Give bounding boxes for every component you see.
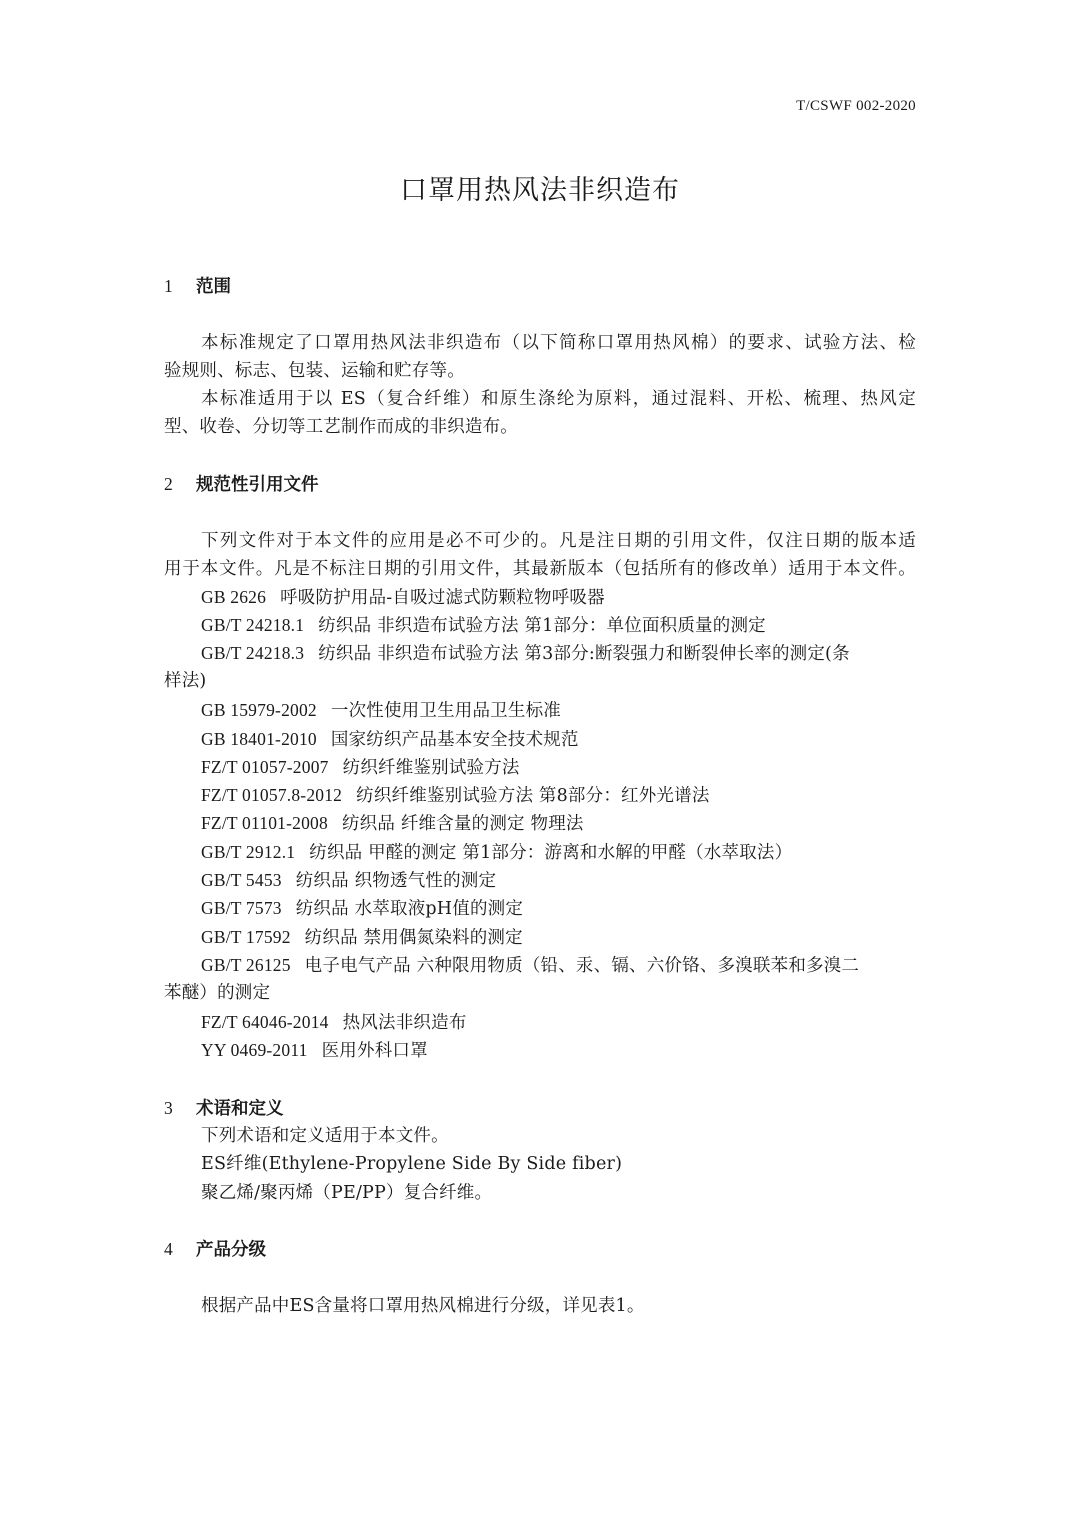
reference-title: 国家纺织产品基本安全技术规范 bbox=[331, 730, 579, 750]
section-title: 规范性引用文件 bbox=[196, 475, 319, 495]
paragraph-line: 下列术语和定义适用于本文件。 bbox=[201, 1122, 916, 1150]
reference-title: 医用外科口罩 bbox=[322, 1041, 428, 1061]
reference-title: 一次性使用卫生用品卫生标准 bbox=[331, 701, 561, 721]
paragraph-line: 本标准适用于以 ES（复合纤维）和原生涤纶为原料，通过混料、开松、梳理、热风定 bbox=[201, 385, 916, 413]
section-title: 术语和定义 bbox=[196, 1099, 284, 1119]
reference-code: GB 18401-2010 bbox=[201, 729, 317, 749]
reference-code: YY 0469-2011 bbox=[201, 1040, 308, 1060]
reference-title: 呼吸防护用品-自吸过滤式防颗粒物呼吸器 bbox=[280, 588, 605, 608]
reference-code: GB/T 17592 bbox=[201, 927, 291, 947]
reference-item: GB 18401-2010国家纺织产品基本安全技术规范 bbox=[201, 725, 916, 754]
reference-item: GB/T 24218.1纺织品 非织造布试验方法 第1部分：单位面积质量的测定 bbox=[201, 611, 916, 640]
reference-code: GB/T 26125 bbox=[201, 955, 291, 975]
reference-code: GB/T 24218.1 bbox=[201, 615, 304, 635]
section-heading-normative-references: 2规范性引用文件 bbox=[164, 470, 319, 499]
reference-title: 电子电气产品 六种限用物质（铅、汞、镉、六价铬、多溴联苯和多溴二 bbox=[305, 956, 859, 976]
reference-title: 纺织纤维鉴别试验方法 第8部分：红外光谱法 bbox=[356, 786, 709, 806]
section-title: 范围 bbox=[196, 277, 231, 297]
reference-code: GB 15979-2002 bbox=[201, 700, 317, 720]
reference-item: YY 0469-2011医用外科口罩 bbox=[201, 1036, 916, 1065]
reference-code: GB/T 7573 bbox=[201, 898, 282, 918]
reference-title: 纺织品 织物透气性的测定 bbox=[296, 871, 496, 891]
section-heading-scope: 1范围 bbox=[164, 272, 231, 301]
reference-item-continuation: 苯醚）的测定 bbox=[164, 979, 916, 1007]
section-title: 产品分级 bbox=[196, 1240, 266, 1260]
reference-code: FZ/T 01057.8-2012 bbox=[201, 785, 342, 805]
reference-code: GB/T 5453 bbox=[201, 870, 282, 890]
reference-item: FZ/T 64046-2014热风法非织造布 bbox=[201, 1008, 916, 1037]
reference-title: 纺织品 非织造布试验方法 第3部分:断裂强力和断裂伸长率的测定(条 bbox=[318, 644, 850, 664]
reference-title: 纺织品 禁用偶氮染料的测定 bbox=[305, 928, 523, 948]
paragraph-line: 下列文件对于本文件的应用是必不可少的。凡是注日期的引用文件，仅注日期的版本适 bbox=[201, 527, 916, 555]
reference-code: GB 2626 bbox=[201, 587, 266, 607]
reference-item: GB/T 2912.1纺织品 甲醛的测定 第1部分：游离和水解的甲醛（水萃取法） bbox=[201, 838, 916, 867]
section-number: 2 bbox=[164, 470, 196, 498]
reference-item-continuation: 样法) bbox=[164, 667, 916, 695]
reference-item: GB 15979-2002一次性使用卫生用品卫生标准 bbox=[201, 696, 916, 725]
reference-item: GB/T 17592纺织品 禁用偶氮染料的测定 bbox=[201, 923, 916, 952]
reference-item: GB 2626呼吸防护用品-自吸过滤式防颗粒物呼吸器 bbox=[201, 583, 916, 612]
term-definition: 聚乙烯/聚丙烯（PE/PP）复合纤维。 bbox=[201, 1179, 916, 1207]
paragraph-line: 根据产品中ES含量将口罩用热风棉进行分级，详见表1。 bbox=[201, 1292, 916, 1320]
reference-item: FZ/T 01057.8-2012纺织纤维鉴别试验方法 第8部分：红外光谱法 bbox=[201, 781, 916, 810]
reference-item: GB/T 26125电子电气产品 六种限用物质（铅、汞、镉、六价铬、多溴联苯和多… bbox=[201, 951, 916, 980]
paragraph-line: 用于本文件。凡是不标注日期的引用文件，其最新版本（包括所有的修改单）适用于本文件… bbox=[164, 555, 916, 583]
section-heading-terms-definitions: 3术语和定义 bbox=[164, 1094, 284, 1123]
reference-title: 纺织品 水萃取液pH值的测定 bbox=[296, 899, 523, 919]
section-heading-product-classification: 4产品分级 bbox=[164, 1235, 266, 1264]
section-number: 1 bbox=[164, 272, 196, 300]
reference-title: 纺织品 非织造布试验方法 第1部分：单位面积质量的测定 bbox=[318, 616, 766, 636]
reference-item: GB/T 7573纺织品 水萃取液pH值的测定 bbox=[201, 894, 916, 923]
document-title: 口罩用热风法非织造布 bbox=[0, 168, 1080, 207]
term-name: ES纤维(Ethylene-Propylene Side By Side fib… bbox=[201, 1150, 916, 1178]
reference-code: GB/T 24218.3 bbox=[201, 643, 304, 663]
reference-item: GB/T 24218.3纺织品 非织造布试验方法 第3部分:断裂强力和断裂伸长率… bbox=[201, 639, 916, 668]
reference-item: FZ/T 01101-2008纺织品 纤维含量的测定 物理法 bbox=[201, 809, 916, 838]
reference-title: 热风法非织造布 bbox=[343, 1013, 467, 1033]
paragraph-line: 型、收卷、分切等工艺制作而成的非织造布。 bbox=[164, 413, 916, 441]
paragraph-line: 验规则、标志、包装、运输和贮存等。 bbox=[164, 357, 916, 385]
reference-code: FZ/T 01057-2007 bbox=[201, 757, 329, 777]
document-code: T/CSWF 002-2020 bbox=[796, 98, 916, 115]
reference-code: FZ/T 64046-2014 bbox=[201, 1012, 329, 1032]
reference-title: 纺织品 甲醛的测定 第1部分：游离和水解的甲醛（水萃取法） bbox=[309, 843, 792, 863]
paragraph-line: 本标准规定了口罩用热风法非织造布（以下简称口罩用热风棉）的要求、试验方法、检 bbox=[201, 329, 916, 357]
reference-item: FZ/T 01057-2007纺织纤维鉴别试验方法 bbox=[201, 753, 916, 782]
section-number: 4 bbox=[164, 1235, 196, 1263]
section-number: 3 bbox=[164, 1094, 196, 1122]
reference-item: GB/T 5453纺织品 织物透气性的测定 bbox=[201, 866, 916, 895]
reference-code: GB/T 2912.1 bbox=[201, 842, 295, 862]
reference-code: FZ/T 01101-2008 bbox=[201, 813, 328, 833]
reference-title: 纺织品 纤维含量的测定 物理法 bbox=[342, 814, 584, 834]
reference-title: 纺织纤维鉴别试验方法 bbox=[343, 758, 520, 778]
